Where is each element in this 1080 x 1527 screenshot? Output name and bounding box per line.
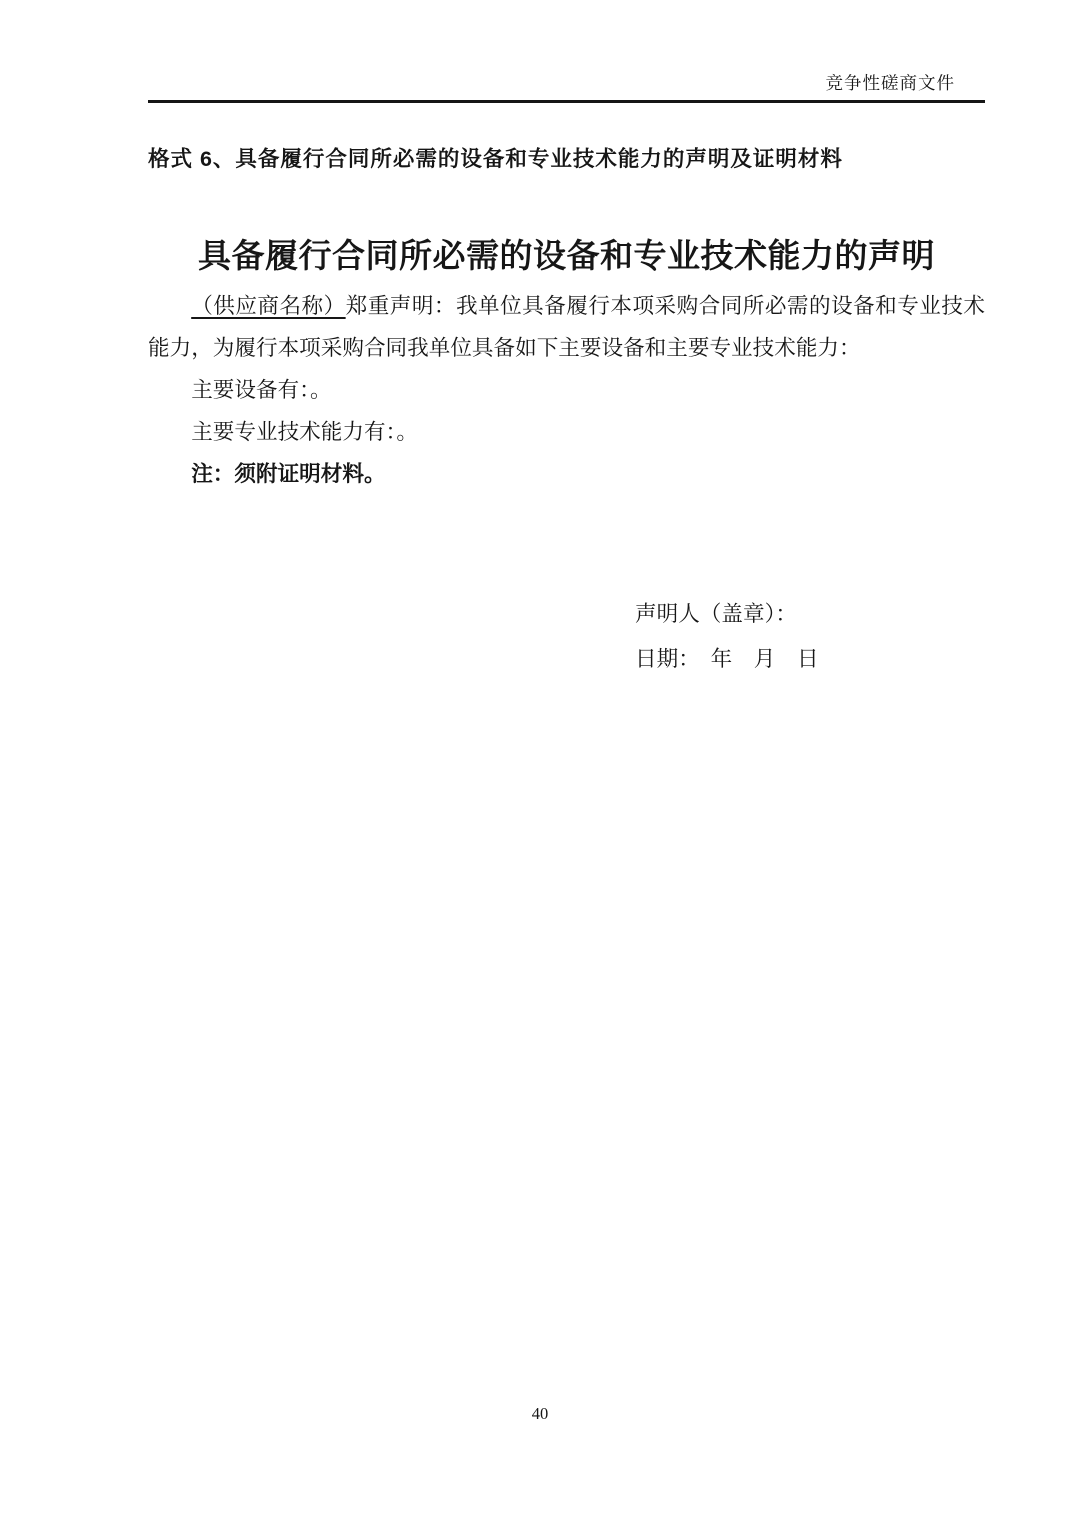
note-line: 注：须附证明材料。 <box>148 453 985 495</box>
supplier-name-blank: （供应商名称） <box>191 294 345 318</box>
page-footer: 40 <box>0 1404 1080 1424</box>
declarer-seal-line: 声明人（盖章）： <box>635 592 985 637</box>
page-number: 40 <box>532 1404 549 1423</box>
main-equipment-line: 主要设备有：。 <box>148 369 985 411</box>
technical-ability-line: 主要专业技术能力有：。 <box>148 411 985 453</box>
header-doc-type-label: 竞争性磋商文件 <box>826 70 986 95</box>
declaration-paragraph: （供应商名称）郑重声明：我单位具备履行本项采购合同所必需的设备和专业技术能力，为… <box>148 285 985 369</box>
page-header: 竞争性磋商文件 <box>148 0 985 103</box>
document-title: 具备履行合同所必需的设备和专业技术能力的声明 <box>148 237 985 275</box>
signature-block: 声明人（盖章）： 日期： 年 月 日 <box>635 592 985 682</box>
document-page: 竞争性磋商文件 格式 6、具备履行合同所必需的设备和专业技术能力的声明及证明材料… <box>0 0 1080 1527</box>
section-label: 格式 6、具备履行合同所必需的设备和专业技术能力的声明及证明材料 <box>148 142 985 173</box>
date-line: 日期： 年 月 日 <box>635 637 985 682</box>
declaration-body: （供应商名称）郑重声明：我单位具备履行本项采购合同所必需的设备和专业技术能力，为… <box>148 285 985 495</box>
